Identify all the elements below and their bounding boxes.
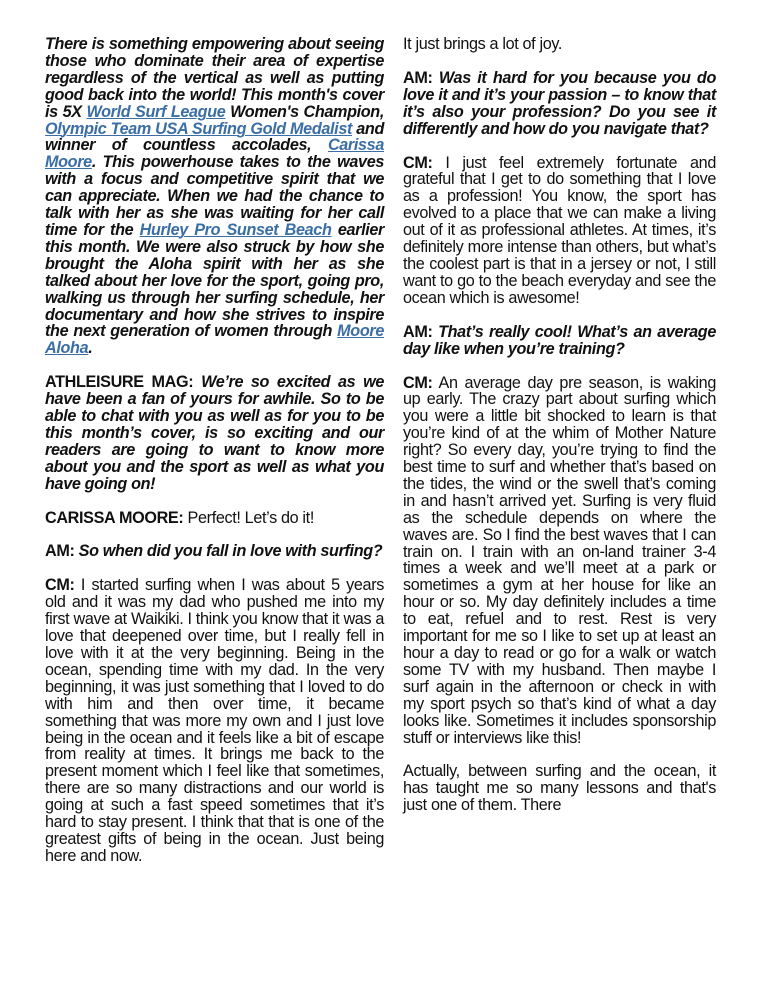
answer-1: CARISSA MOORE: Perfect! Let’s do it! (45, 510, 384, 527)
speaker-label: AM: (403, 323, 433, 341)
answer-text: An average day pre season, is wak­ing up… (403, 374, 716, 747)
left-column: There is something empowering about seei… (45, 36, 384, 882)
link-world-surf-league[interactable]: World Surf League (86, 103, 225, 121)
speaker-label: CM: (45, 576, 75, 594)
question-1: ATHLEISURE MAG: We’re so excited as we h… (45, 374, 384, 492)
speaker-label: AM: (45, 542, 75, 560)
answer-2: CM: I started surfing when I was about 5… (45, 577, 384, 864)
question-2: AM: So when did you fall in love with su… (45, 543, 384, 560)
answer-4: CM: An average day pre season, is wak­in… (403, 375, 716, 747)
intro-text: . (88, 339, 92, 357)
answer-4-paragraph-2: Actually, between surfing and the ocean,… (403, 763, 716, 814)
magazine-page: There is something empowering about seei… (0, 0, 768, 994)
question-text: So when did you fall in love with surf­i… (75, 542, 383, 560)
intro-paragraph: There is something empowering about seei… (45, 36, 384, 357)
question-text: We’re so excited as we have been a fan o… (45, 373, 384, 492)
question-text: That’s really cool! What’s an av­erage d… (403, 323, 716, 358)
answer-text: I just feel extremely fortunate and grat… (403, 154, 716, 307)
question-3: AM: Was it hard for you because you do l… (403, 70, 716, 138)
speaker-label: ATHLEISURE MAG: (45, 373, 193, 391)
speaker-label: CM: (403, 154, 433, 172)
intro-text: Women's Champion, (225, 103, 384, 121)
answer-text: I started surfing when I was about 5 yea… (45, 576, 384, 865)
right-column: It just brings a lot of joy. AM: Was it … (403, 36, 716, 831)
answer-text: Perfect! Let’s do it! (183, 509, 314, 527)
link-olympic-team-usa[interactable]: Olympic Team USA Surfing Gold Medalist (45, 120, 352, 138)
answer-3: CM: I just feel extremely fortunate and … (403, 155, 716, 307)
speaker-label: CARISSA MOORE: (45, 509, 183, 527)
question-text: Was it hard for you because you do love … (403, 69, 716, 138)
question-4: AM: That’s really cool! What’s an av­era… (403, 324, 716, 358)
speaker-label: CM: (403, 374, 433, 392)
speaker-label: AM: (403, 69, 433, 87)
intro-text: earlier this month. We were also struck … (45, 221, 384, 340)
answer-2-continued: It just brings a lot of joy. (403, 36, 716, 53)
link-hurley-pro-sunset-beach[interactable]: Hurley Pro Sunset Beach (140, 221, 332, 239)
